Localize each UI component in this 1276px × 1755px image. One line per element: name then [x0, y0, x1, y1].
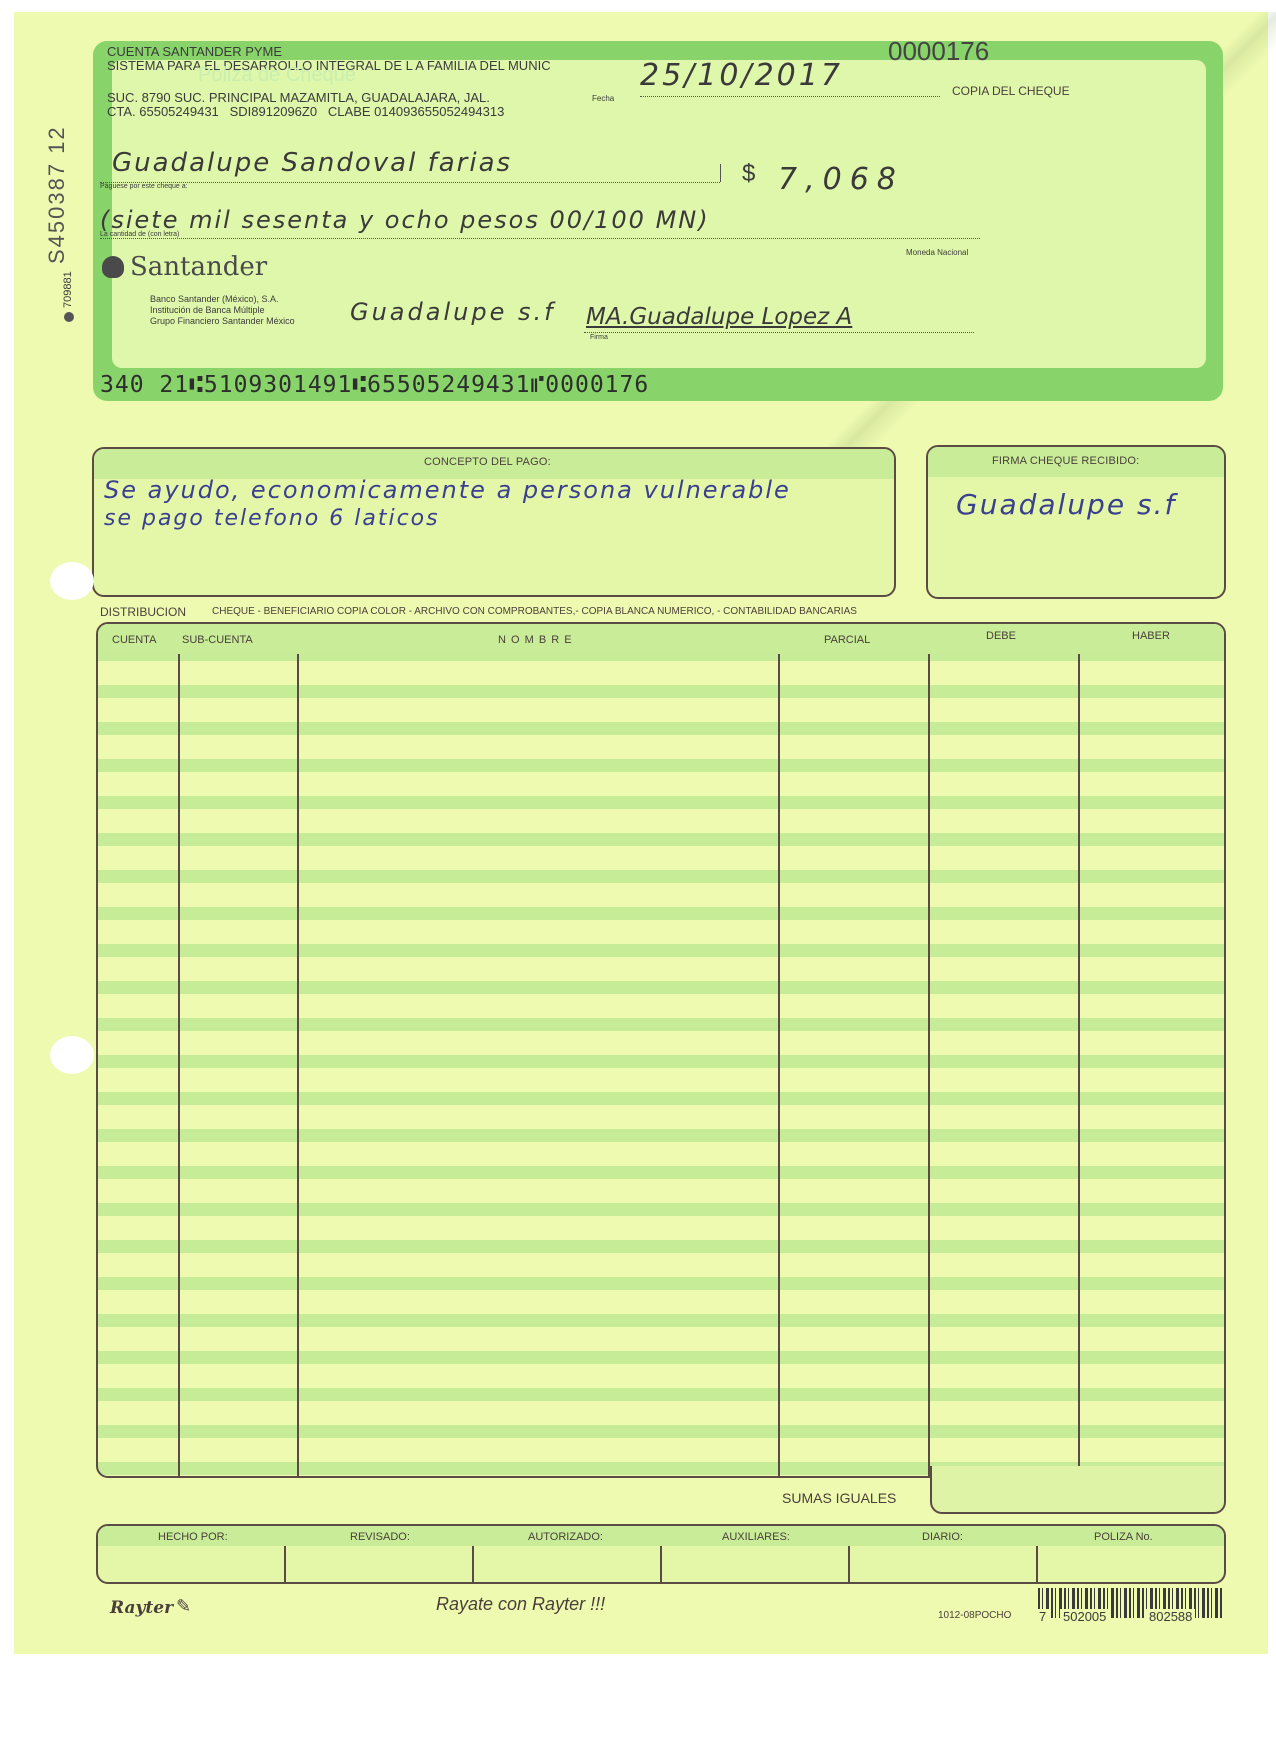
col-haber: HABER: [1132, 630, 1170, 642]
concepto-line-1: Se ayudo, economicamente a persona vulne…: [104, 476, 791, 504]
signature-line: [584, 332, 974, 333]
signature-1: Guadalupe s.f: [350, 298, 556, 326]
account-type: CUENTA SANTANDER PYME: [107, 44, 282, 59]
bank-line-1: Banco Santander (México), S.A.: [150, 294, 279, 305]
sumas-iguales-label: SUMAS IGUALES: [782, 1490, 896, 1506]
signature-row: HECHO POR: REVISADO: AUTORIZADO: AUXILIA…: [96, 1524, 1226, 1584]
barcode-digit-1: 7: [1036, 1609, 1049, 1624]
sumas-iguales-box: [930, 1466, 1226, 1514]
col-sub-cuenta: SUB-CUENTA: [182, 634, 253, 646]
branch-line: SUC. 8790 SUC. PRINCIPAL MAZAMITLA, GUAD…: [107, 90, 490, 105]
signature-2: MA.Guadalupe Lopez A: [586, 304, 852, 330]
punch-hole: [50, 1036, 94, 1074]
registered-mark-icon: [64, 312, 74, 322]
distribucion-label: DISTRIBUCION: [100, 605, 186, 619]
form-code: 1012-08POCHO: [938, 1610, 1011, 1621]
payee-line: [100, 182, 720, 183]
micr-line: 340 21⑆5109301491⑆65505249431⑈0000176: [100, 372, 649, 398]
firma-recibido-value: Guadalupe s.f: [956, 488, 1176, 521]
hecho-por-label: HECHO POR:: [158, 1531, 228, 1543]
barcode-digit-2: 502005: [1060, 1609, 1109, 1624]
santander-flame-icon: [102, 256, 124, 278]
pen-icon: ✎: [176, 1596, 191, 1617]
accounting-table: CUENTA SUB-CUENTA N O M B R E PARCIAL DE…: [96, 622, 1226, 1478]
bank-line-3: Grupo Financiero Santander México: [150, 316, 295, 327]
date-line: [640, 96, 940, 97]
footer-slogan: Rayate con Rayter !!!: [436, 1594, 605, 1615]
payee-handwritten: Guadalupe Sandoval farias: [112, 148, 512, 178]
col-debe: DEBE: [986, 630, 1016, 642]
currency-label: Moneda Nacional: [906, 248, 968, 257]
payee-label: Páguese por este cheque a:: [100, 183, 188, 190]
date-label: Fecha: [592, 94, 614, 103]
copy-label: COPIA DEL CHEQUE: [952, 84, 1070, 98]
side-code: 709881: [62, 271, 74, 308]
bank-line-2: Institución de Banca Múltiple: [150, 305, 265, 316]
autorizado-label: AUTORIZADO:: [528, 1531, 603, 1543]
revisado-label: REVISADO:: [350, 1531, 410, 1543]
col-nombre: N O M B R E: [498, 634, 573, 646]
col-cuenta: CUENTA: [112, 634, 156, 646]
poliza-no-label: POLIZA No.: [1094, 1531, 1153, 1543]
table-header: [98, 624, 1224, 654]
amount-words-handwritten: (siete mil sesenta y ocho pesos 00/100 M…: [100, 206, 710, 234]
payee-line-end: [720, 164, 721, 182]
distribucion-text: CHEQUE - BENEFICIARIO COPIA COLOR - ARCH…: [212, 606, 857, 617]
amount-words-line: [100, 238, 980, 239]
concepto-label: CONCEPTO DEL PAGO:: [424, 456, 551, 468]
cheque-number: 0000176: [888, 36, 989, 67]
firma-recibido-box: [926, 445, 1226, 599]
date-handwritten: 25/10/2017: [640, 58, 843, 93]
punch-hole: [50, 562, 94, 600]
footer-brand: Rayter: [110, 1598, 173, 1618]
amount-handwritten: 7,068: [778, 162, 904, 197]
bank-name: Santander: [130, 252, 267, 282]
col-parcial: PARCIAL: [824, 634, 870, 646]
amount-words-label: La cantidad de (con letra): [100, 231, 179, 238]
barcode-digit-3: 802588: [1146, 1609, 1195, 1624]
diario-label: DIARIO:: [922, 1531, 963, 1543]
form-title: Póliza de Cheque: [198, 64, 356, 87]
account-line: CTA. 65505249431 SDI8912096Z0 CLABE 0140…: [107, 104, 504, 119]
auxiliares-label: AUXILIARES:: [722, 1531, 790, 1543]
signature-label: Firma: [590, 334, 608, 341]
amount-currency: $: [742, 160, 755, 188]
side-serial: S450387 12: [44, 125, 70, 264]
firma-recibido-label: FIRMA CHEQUE RECIBIDO:: [992, 455, 1139, 467]
concepto-line-2: se pago telefono 6 laticos: [104, 506, 440, 531]
